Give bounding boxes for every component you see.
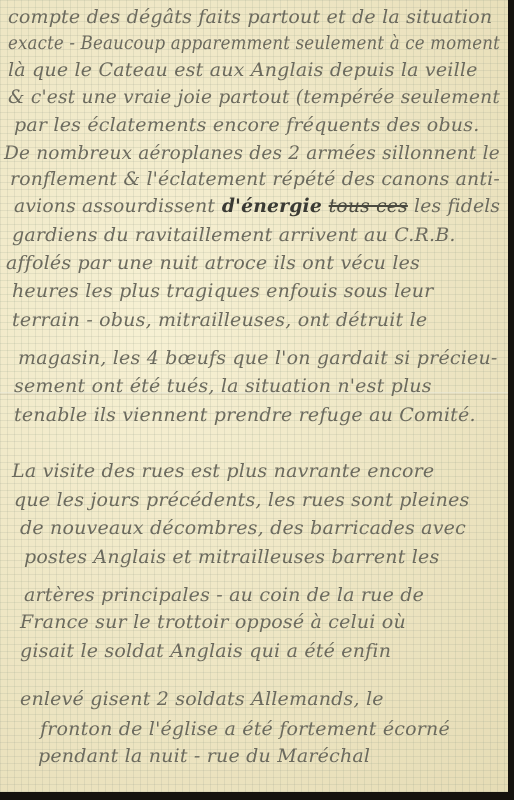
text-line: que les jours précédents, les rues sont … <box>14 489 469 511</box>
text-line: & c'est une vraie joie partout (tempérée… <box>8 86 500 108</box>
line-text: là que le Cateau est aux Anglais depuis … <box>8 59 478 81</box>
text-line: avions assourdissent d'énergie tous ces … <box>14 195 500 217</box>
line-text: & c'est une vraie joie partout (tempérée… <box>8 86 500 108</box>
text-line: là que le Cateau est aux Anglais depuis … <box>8 59 478 81</box>
line-text: De nombreux aéroplanes des 2 armées sill… <box>4 142 500 164</box>
text-line: gardiens du ravitaillement arrivent au C… <box>12 224 456 246</box>
line-text: tenable ils viennent prendre refuge au C… <box>14 404 476 426</box>
line-text: que les jours précédents, les rues sont … <box>14 489 469 511</box>
text-line: heures les plus tragiques enfouis sous l… <box>12 280 433 302</box>
text-line: artères principales - au coin de la rue … <box>24 584 424 606</box>
line-text: affolés par une nuit atroce ils ont vécu… <box>6 252 420 274</box>
line-text: de nouveaux décombres, des barricades av… <box>20 517 466 539</box>
line-text: La visite des rues est plus navrante enc… <box>12 460 434 482</box>
text-line: exacte - Beaucoup apparemment seulement … <box>8 32 500 54</box>
line-text: gardiens du ravitaillement arrivent au C… <box>12 224 456 246</box>
struck-through-word: tous ces <box>329 195 408 217</box>
text-line: sement ont été tués, la situation n'est … <box>14 375 432 397</box>
line-text: fronton de l'église a été fortement écor… <box>40 718 450 740</box>
line-text: avions assourdissent <box>14 195 215 217</box>
text-line: compte des dégâts faits partout et de la… <box>8 6 492 28</box>
scan-edge-right <box>508 0 514 800</box>
text-line: enlevé gisent 2 soldats Allemands, le <box>20 688 384 710</box>
line-text: artères principales - au coin de la rue … <box>24 584 424 606</box>
text-line: fronton de l'église a été fortement écor… <box>40 718 450 740</box>
text-line: postes Anglais et mitrailleuses barrent … <box>24 546 439 568</box>
text-line: France sur le trottoir opposé à celui où <box>20 611 406 633</box>
letter-page: compte des dégâts faits partout et de la… <box>0 0 508 792</box>
text-line: par les éclatements encore fréquents des… <box>14 114 479 136</box>
text-line: ronflement & l'éclatement répété des can… <box>10 168 500 190</box>
line-text: sement ont été tués, la situation n'est … <box>14 375 432 397</box>
line-text: par les éclatements encore fréquents des… <box>14 114 479 136</box>
line-text: heures les plus tragiques enfouis sous l… <box>12 280 433 302</box>
line-text: gisait le soldat Anglais qui a été enfin <box>20 640 391 662</box>
text-line: gisait le soldat Anglais qui a été enfin <box>20 640 391 662</box>
text-line: tenable ils viennent prendre refuge au C… <box>14 404 476 426</box>
text-line: La visite des rues est plus navrante enc… <box>12 460 434 482</box>
text-line: De nombreux aéroplanes des 2 armées sill… <box>4 142 500 164</box>
line-text: pendant la nuit - rue du Maréchal <box>38 745 370 767</box>
text-line: affolés par une nuit atroce ils ont vécu… <box>6 252 420 274</box>
text-line: magasin, les 4 bœufs que l'on gardait si… <box>18 347 498 369</box>
emphasized-word: d'énergie <box>215 195 328 217</box>
line-text: enlevé gisent 2 soldats Allemands, le <box>20 688 384 710</box>
text-line: de nouveaux décombres, des barricades av… <box>20 517 466 539</box>
text-line: terrain - obus, mitrailleuses, ont détru… <box>12 309 427 331</box>
line-tail-text: les fidels <box>408 195 500 217</box>
scan-edge-bottom <box>0 792 514 800</box>
line-text: ronflement & l'éclatement répété des can… <box>10 168 500 190</box>
line-text: exacte - Beaucoup apparemment seulement … <box>8 32 500 54</box>
text-line: pendant la nuit - rue du Maréchal <box>38 745 370 767</box>
line-text: terrain - obus, mitrailleuses, ont détru… <box>12 309 427 331</box>
line-text: France sur le trottoir opposé à celui où <box>20 611 406 633</box>
line-text: magasin, les 4 bœufs que l'on gardait si… <box>18 347 498 369</box>
line-text: postes Anglais et mitrailleuses barrent … <box>24 546 439 568</box>
line-text: compte des dégâts faits partout et de la… <box>8 6 492 28</box>
